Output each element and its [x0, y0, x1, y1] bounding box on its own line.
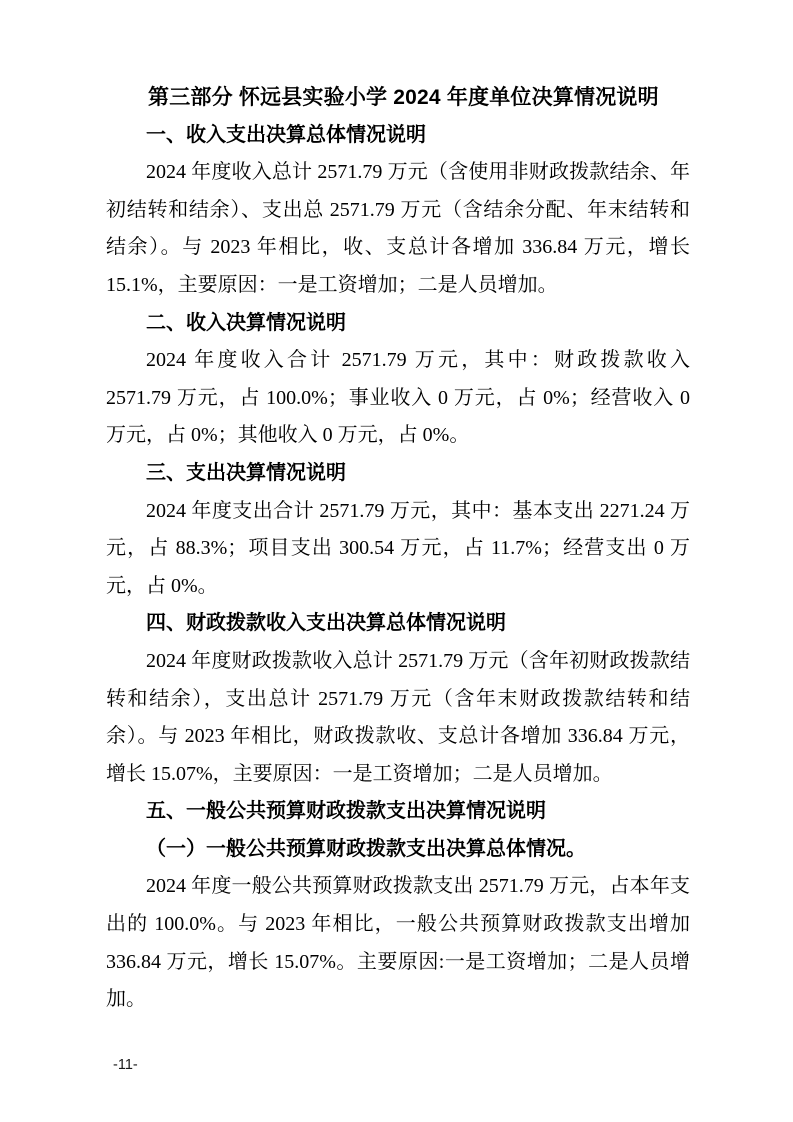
section-1-paragraph: 2024 年度收入总计 2571.79 万元（含使用非财政拨款结余、年初结转和结… [106, 154, 690, 304]
section-income-expenditure-overview: 一、收入支出决算总体情况说明 2024 年度收入总计 2571.79 万元（含使… [106, 117, 690, 305]
section-4-heading: 四、财政拨款收入支出决算总体情况说明 [106, 605, 690, 643]
section-5-paragraph: 2024 年度一般公共预算财政拨款支出 2571.79 万元，占本年支出的 10… [106, 868, 690, 1018]
section-5-subheading: （一）一般公共预算财政拨款支出决算总体情况。 [106, 831, 690, 869]
section-2-heading: 二、收入决算情况说明 [106, 305, 690, 343]
document-page: 第三部分 怀远县实验小学 2024 年度单位决算情况说明 一、收入支出决算总体情… [0, 0, 793, 1122]
section-3-paragraph: 2024 年度支出合计 2571.79 万元，其中：基本支出 2271.24 万… [106, 493, 690, 606]
section-expenditure-statement: 三、支出决算情况说明 2024 年度支出合计 2571.79 万元，其中：基本支… [106, 455, 690, 605]
section-fiscal-appropriation-overview: 四、财政拨款收入支出决算总体情况说明 2024 年度财政拨款收入总计 2571.… [106, 605, 690, 793]
section-3-heading: 三、支出决算情况说明 [106, 455, 690, 493]
document-title: 第三部分 怀远县实验小学 2024 年度单位决算情况说明 [106, 79, 690, 117]
section-2-paragraph: 2024 年度收入合计 2571.79 万元，其中：财政拨款收入 2571.79… [106, 342, 690, 455]
section-5-heading: 五、一般公共预算财政拨款支出决算情况说明 [106, 793, 690, 831]
page-number: -11- [113, 1056, 138, 1074]
section-general-public-budget-expenditure: 五、一般公共预算财政拨款支出决算情况说明 （一）一般公共预算财政拨款支出决算总体… [106, 793, 690, 1019]
section-income-statement: 二、收入决算情况说明 2024 年度收入合计 2571.79 万元，其中：财政拨… [106, 305, 690, 455]
document-content: 第三部分 怀远县实验小学 2024 年度单位决算情况说明 一、收入支出决算总体情… [106, 79, 690, 1019]
section-4-paragraph: 2024 年度财政拨款收入总计 2571.79 万元（含年初财政拨款结转和结余）… [106, 643, 690, 793]
section-1-heading: 一、收入支出决算总体情况说明 [106, 117, 690, 155]
